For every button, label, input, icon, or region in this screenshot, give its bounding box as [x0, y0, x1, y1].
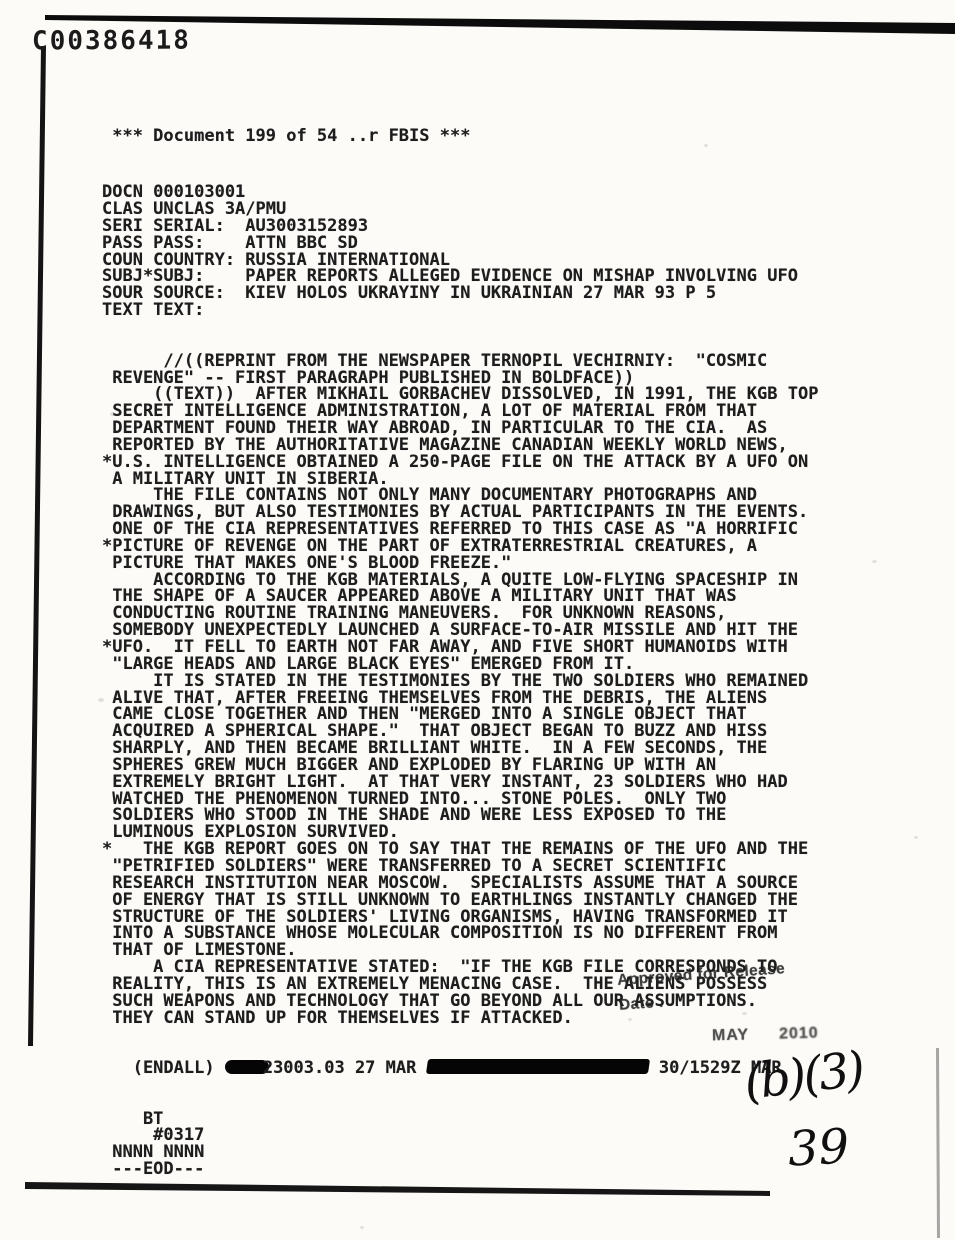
document-body-lines: //((REPRINT FROM THE NEWSPAPER TERNOPIL … [102, 353, 818, 1027]
header-field-line: SOUR SOURCE: KIEV HOLOS UKRAYINY IN UKRA… [102, 285, 818, 302]
scan-speckle [742, 1012, 747, 1015]
scan-speckle [110, 412, 115, 416]
scan-speckle [628, 1018, 632, 1021]
footer-line: NNNN NNNN [102, 1144, 818, 1161]
body-text-line: IT IS STATED IN THE TESTIMONIES BY THE T… [102, 673, 818, 690]
release-date-stamp: MAY2010 [712, 1025, 819, 1046]
handwritten-page-number: 39 [787, 1118, 851, 1177]
footer-line: ---EOD--- [102, 1161, 818, 1178]
endall-line: (ENDALL) 23003.03 27 MAR 30/1529Z MAR [102, 1060, 818, 1077]
scan-speckle [360, 1226, 364, 1229]
body-text-line: //((REPRINT FROM THE NEWSPAPER TERNOPIL … [102, 353, 818, 370]
stamp-year: 2010 [779, 1025, 819, 1043]
scan-speckle [98, 698, 104, 702]
stamp-month: MAY [712, 1026, 750, 1044]
document-title-line: *** Document 199 of 54 ..r FBIS *** [102, 128, 818, 145]
document-scan-id: C00386418 [32, 26, 191, 57]
document-text-block: *** Document 199 of 54 ..r FBIS *** DOCN… [102, 94, 818, 1212]
header-field-line: TEXT TEXT: [102, 302, 818, 319]
footer-line: #0317 [102, 1127, 818, 1144]
right-scan-line [936, 1048, 940, 1238]
left-scan-line [28, 46, 46, 1046]
body-text-line: THEY CAN STAND UP FOR THEMSELVES IF ATTA… [102, 1010, 818, 1027]
document-footer-lines: BT #0317 NNNN NNNN ---EOD--- [102, 1111, 818, 1178]
footer-line: BT [102, 1111, 818, 1128]
scan-speckle [914, 836, 918, 839]
scan-speckle [704, 144, 708, 147]
scanned-document-page: C00386418 *** Document 199 of 54 ..r FBI… [0, 0, 955, 1240]
header-field-lines: DOCN 000103001CLAS UNCLAS 3A/PMUSERI SER… [102, 184, 818, 319]
endall-serial: 23003.03 27 MAR [263, 1058, 427, 1078]
body-text-line: OF ENERGY THAT IS STILL UNKNOWN TO EARTH… [102, 892, 818, 909]
scan-speckle [872, 560, 877, 563]
redaction-bar [426, 1059, 650, 1074]
endall-prefix: (ENDALL) [102, 1058, 225, 1078]
